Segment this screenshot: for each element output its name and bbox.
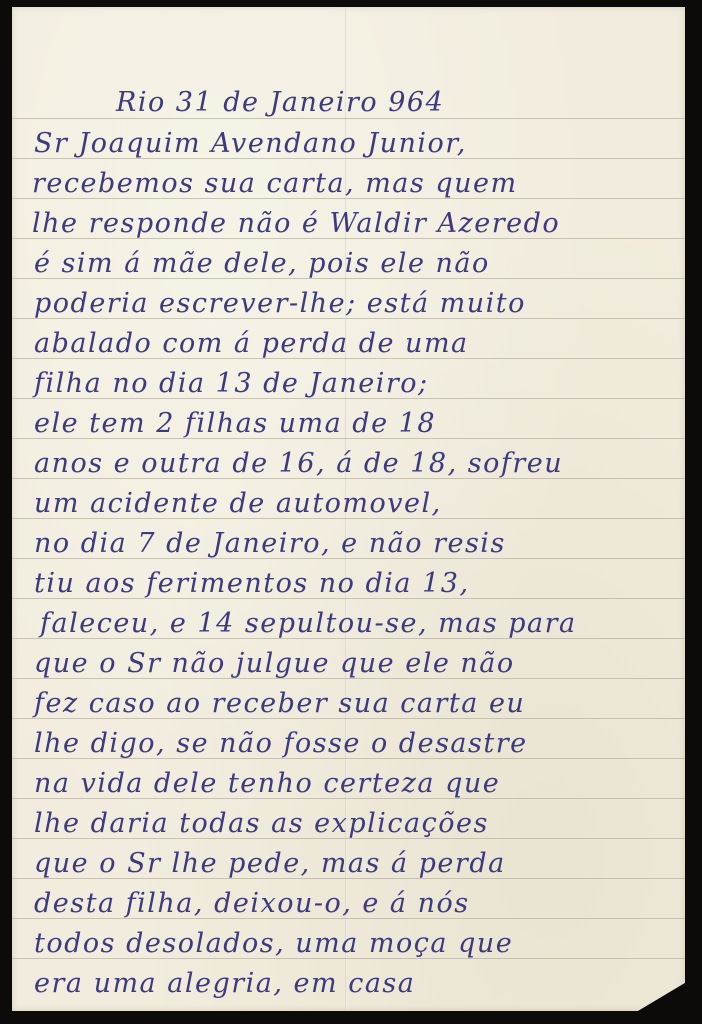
letter-line: que o Sr lhe pede, mas á perda bbox=[34, 848, 506, 880]
letter-line: um acidente de automovel, bbox=[34, 488, 442, 520]
letter-line: fez caso ao receber sua carta eu bbox=[34, 688, 525, 720]
paper-sheet: Rio 31 de Janeiro 964 Sr Joaquim Avendan… bbox=[12, 7, 685, 1011]
letter-line: recebemos sua carta, mas quem bbox=[32, 168, 518, 200]
letter-line: faleceu, e 14 sepultou-se, mas para bbox=[40, 608, 577, 640]
letter-line: desta filha, deixou-o, e á nós bbox=[34, 888, 470, 920]
letter-line: é sim á mãe dele, pois ele não bbox=[34, 248, 490, 280]
letter-line: era uma alegria, em casa bbox=[34, 968, 415, 1000]
letter-line: tiu aos ferimentos no dia 13, bbox=[34, 568, 470, 600]
letter-line: no dia 7 de Janeiro, e não resis bbox=[34, 528, 506, 560]
letter-line: lhe digo, se não fosse o desastre bbox=[34, 728, 528, 760]
scanned-letter: Rio 31 de Janeiro 964 Sr Joaquim Avendan… bbox=[0, 0, 702, 1024]
letter-line: poderia escrever-lhe; está muito bbox=[34, 288, 526, 320]
letter-line: filha no dia 13 de Janeiro; bbox=[34, 368, 429, 400]
letter-line: anos e outra de 16, á de 18, sofreu bbox=[34, 448, 563, 480]
letter-line: lhe responde não é Waldir Azeredo bbox=[32, 208, 560, 240]
letter-line: que o Sr não julgue que ele não bbox=[34, 648, 515, 680]
salutation: Sr Joaquim Avendano Junior, bbox=[34, 128, 467, 160]
letter-line: abalado com á perda de uma bbox=[34, 328, 469, 360]
letter-line: ele tem 2 filhas uma de 18 bbox=[34, 408, 436, 440]
letter-line: na vida dele tenho certeza que bbox=[34, 768, 500, 800]
letter-line: lhe daria todas as explicações bbox=[34, 808, 489, 840]
letter-line: todos desolados, uma moça que bbox=[34, 928, 513, 960]
dateline: Rio 31 de Janeiro 964 bbox=[116, 87, 444, 119]
